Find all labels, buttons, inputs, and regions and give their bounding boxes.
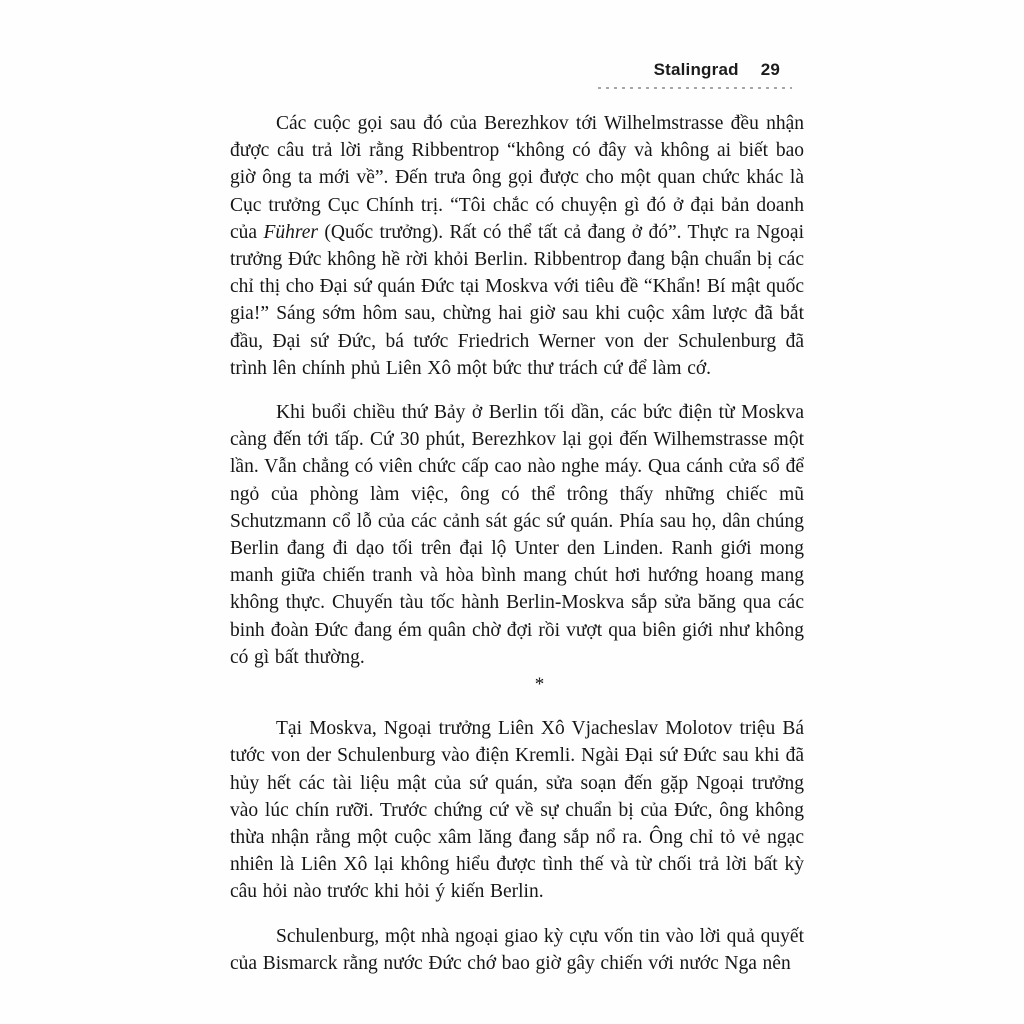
header-dashed-divider <box>598 87 792 89</box>
running-header-title: Stalingrad <box>654 60 739 80</box>
body-text: Các cuộc gọi sau đó của Berezhkov tới Wi… <box>230 110 804 977</box>
body-paragraphs: Tại Moskva, Ngoại trưởng Liên Xô Vjaches… <box>230 715 804 977</box>
paragraph: Các cuộc gọi sau đó của Berezhkov tới Wi… <box>230 110 804 382</box>
section-break-asterisk: * <box>230 671 804 698</box>
paragraph: Schulenburg, một nhà ngoại giao kỳ cựu v… <box>230 923 804 977</box>
page-number: 29 <box>761 60 780 80</box>
paragraph: Tại Moskva, Ngoại trưởng Liên Xô Vjaches… <box>230 715 804 905</box>
text-run: Schulenburg, một nhà ngoại giao kỳ cựu v… <box>230 926 804 974</box>
paragraph: Khi buổi chiều thứ Bảy ở Berlin tối dần,… <box>230 399 804 671</box>
running-header: Stalingrad 29 <box>598 60 792 89</box>
text-run: Khi buổi chiều thứ Bảy ở Berlin tối dần,… <box>230 402 804 668</box>
running-header-row: Stalingrad 29 <box>598 60 792 80</box>
text-run: Tại Moskva, Ngoại trưởng Liên Xô Vjaches… <box>230 718 804 902</box>
text-run: (Quốc trưởng). Rất có thể tất cả đang ở … <box>230 222 804 379</box>
body-paragraphs: Các cuộc gọi sau đó của Berezhkov tới Wi… <box>230 110 804 671</box>
book-page: Stalingrad 29 Các cuộc gọi sau đó của Be… <box>0 0 1024 1024</box>
italic-text-run: Führer <box>263 222 318 243</box>
